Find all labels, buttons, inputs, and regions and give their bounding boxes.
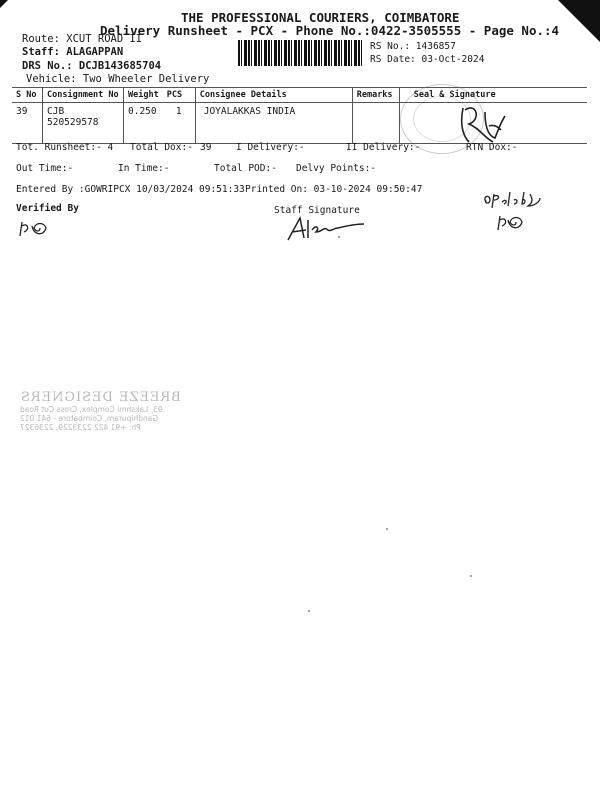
- scan-speck: [308, 610, 310, 612]
- route-label: Route:: [22, 33, 60, 45]
- bleed-line-3: Ph: +91 422 2233229, 2236327: [20, 423, 181, 432]
- rs-no-line: RS No.: 1436857: [370, 41, 456, 52]
- rs-no-label: RS No.:: [370, 41, 410, 52]
- col-s-no: S No: [12, 88, 43, 103]
- col-remarks: Remarks: [352, 88, 399, 103]
- rs-date-line: RS Date: 03-Oct-2024: [370, 54, 484, 65]
- col-weight: Weight: [124, 88, 163, 103]
- total-dox-label: Total Dox:-: [130, 142, 193, 153]
- cell-consignee: JOYALAKKAS INDIA: [195, 103, 352, 144]
- vehicle-line: Vehicle: Two Wheeler Delivery: [26, 73, 209, 85]
- total-pod: Total POD:-: [214, 163, 277, 174]
- rtn-dox: RTN Dox:-: [466, 142, 517, 153]
- staff-signature: [286, 214, 366, 244]
- rs-date-value: 03-Oct-2024: [422, 54, 485, 65]
- drs-value: DCJB143685704: [79, 60, 161, 72]
- rs-date-label: RS Date:: [370, 54, 416, 65]
- route-line: Route: XCUT ROAD II: [22, 33, 142, 45]
- cell-consignment-no: CJB 520529578: [43, 103, 124, 144]
- scan-speck: [386, 528, 388, 530]
- printed-on: Printed On: 03-10-2024 09:50:47: [245, 184, 422, 195]
- scan-corner-shadow: [558, 0, 600, 42]
- col-consignment-no: Consignment No: [43, 88, 124, 103]
- cell-s-no: 39: [12, 103, 43, 144]
- bleed-line-1: 93, Lakshmi Complex, Cross Cut Road: [20, 405, 181, 414]
- scan-corner-mark: [0, 0, 8, 8]
- verified-by-label: Verified By: [16, 203, 79, 214]
- ii-delivery: II Delivery:-: [346, 142, 420, 153]
- runsheet-title: Delivery Runsheet - PCX - Phone No.:0422…: [100, 23, 559, 38]
- out-time: Out Time:-: [16, 163, 73, 174]
- staff-value: ALAGAPPAN: [66, 46, 123, 58]
- total-dox-value: 39: [200, 142, 211, 153]
- delvy-points: Delvy Points:-: [296, 163, 376, 174]
- scan-speck: [338, 236, 340, 238]
- handwritten-date: [482, 188, 544, 212]
- drs-line: DRS No.: DCJB143685704: [22, 60, 161, 72]
- staff-label: Staff:: [22, 46, 60, 58]
- bleed-line-2: Gandhipuram, Coimbatore - 641 012: [20, 414, 181, 423]
- vehicle-label: Vehicle:: [26, 73, 77, 85]
- route-value: XCUT ROAD II: [66, 33, 142, 45]
- tot-runsheet: Tot. Runsheet:- 4: [16, 142, 113, 153]
- staff-line: Staff: ALAGAPPAN: [22, 46, 123, 58]
- i-delivery: I Delivery:-: [236, 142, 305, 153]
- scan-speck: [470, 575, 472, 577]
- barcode: [238, 40, 363, 66]
- col-consignee-details: Consignee Details: [195, 88, 352, 103]
- in-time: In Time:-: [118, 163, 169, 174]
- verifier-initials: [18, 218, 50, 240]
- receiver-initials: [496, 214, 526, 234]
- receiver-signature: [455, 98, 510, 146]
- bleed-title: BREEZE DESIGNERS: [20, 390, 181, 405]
- cell-pcs: 1: [163, 103, 196, 144]
- rs-no-value: 1436857: [416, 41, 456, 52]
- drs-label: DRS No.:: [22, 60, 73, 72]
- entered-by: Entered By :GOWRIPCX 10/03/2024 09:51:33: [16, 184, 245, 195]
- vehicle-value: Two Wheeler Delivery: [83, 73, 209, 85]
- cell-weight: 0.250: [124, 103, 163, 144]
- col-pcs: PCS: [163, 88, 196, 103]
- cell-remarks: [352, 103, 399, 144]
- bleed-through-letterhead: BREEZE DESIGNERS 93, Lakshmi Complex, Cr…: [20, 390, 181, 432]
